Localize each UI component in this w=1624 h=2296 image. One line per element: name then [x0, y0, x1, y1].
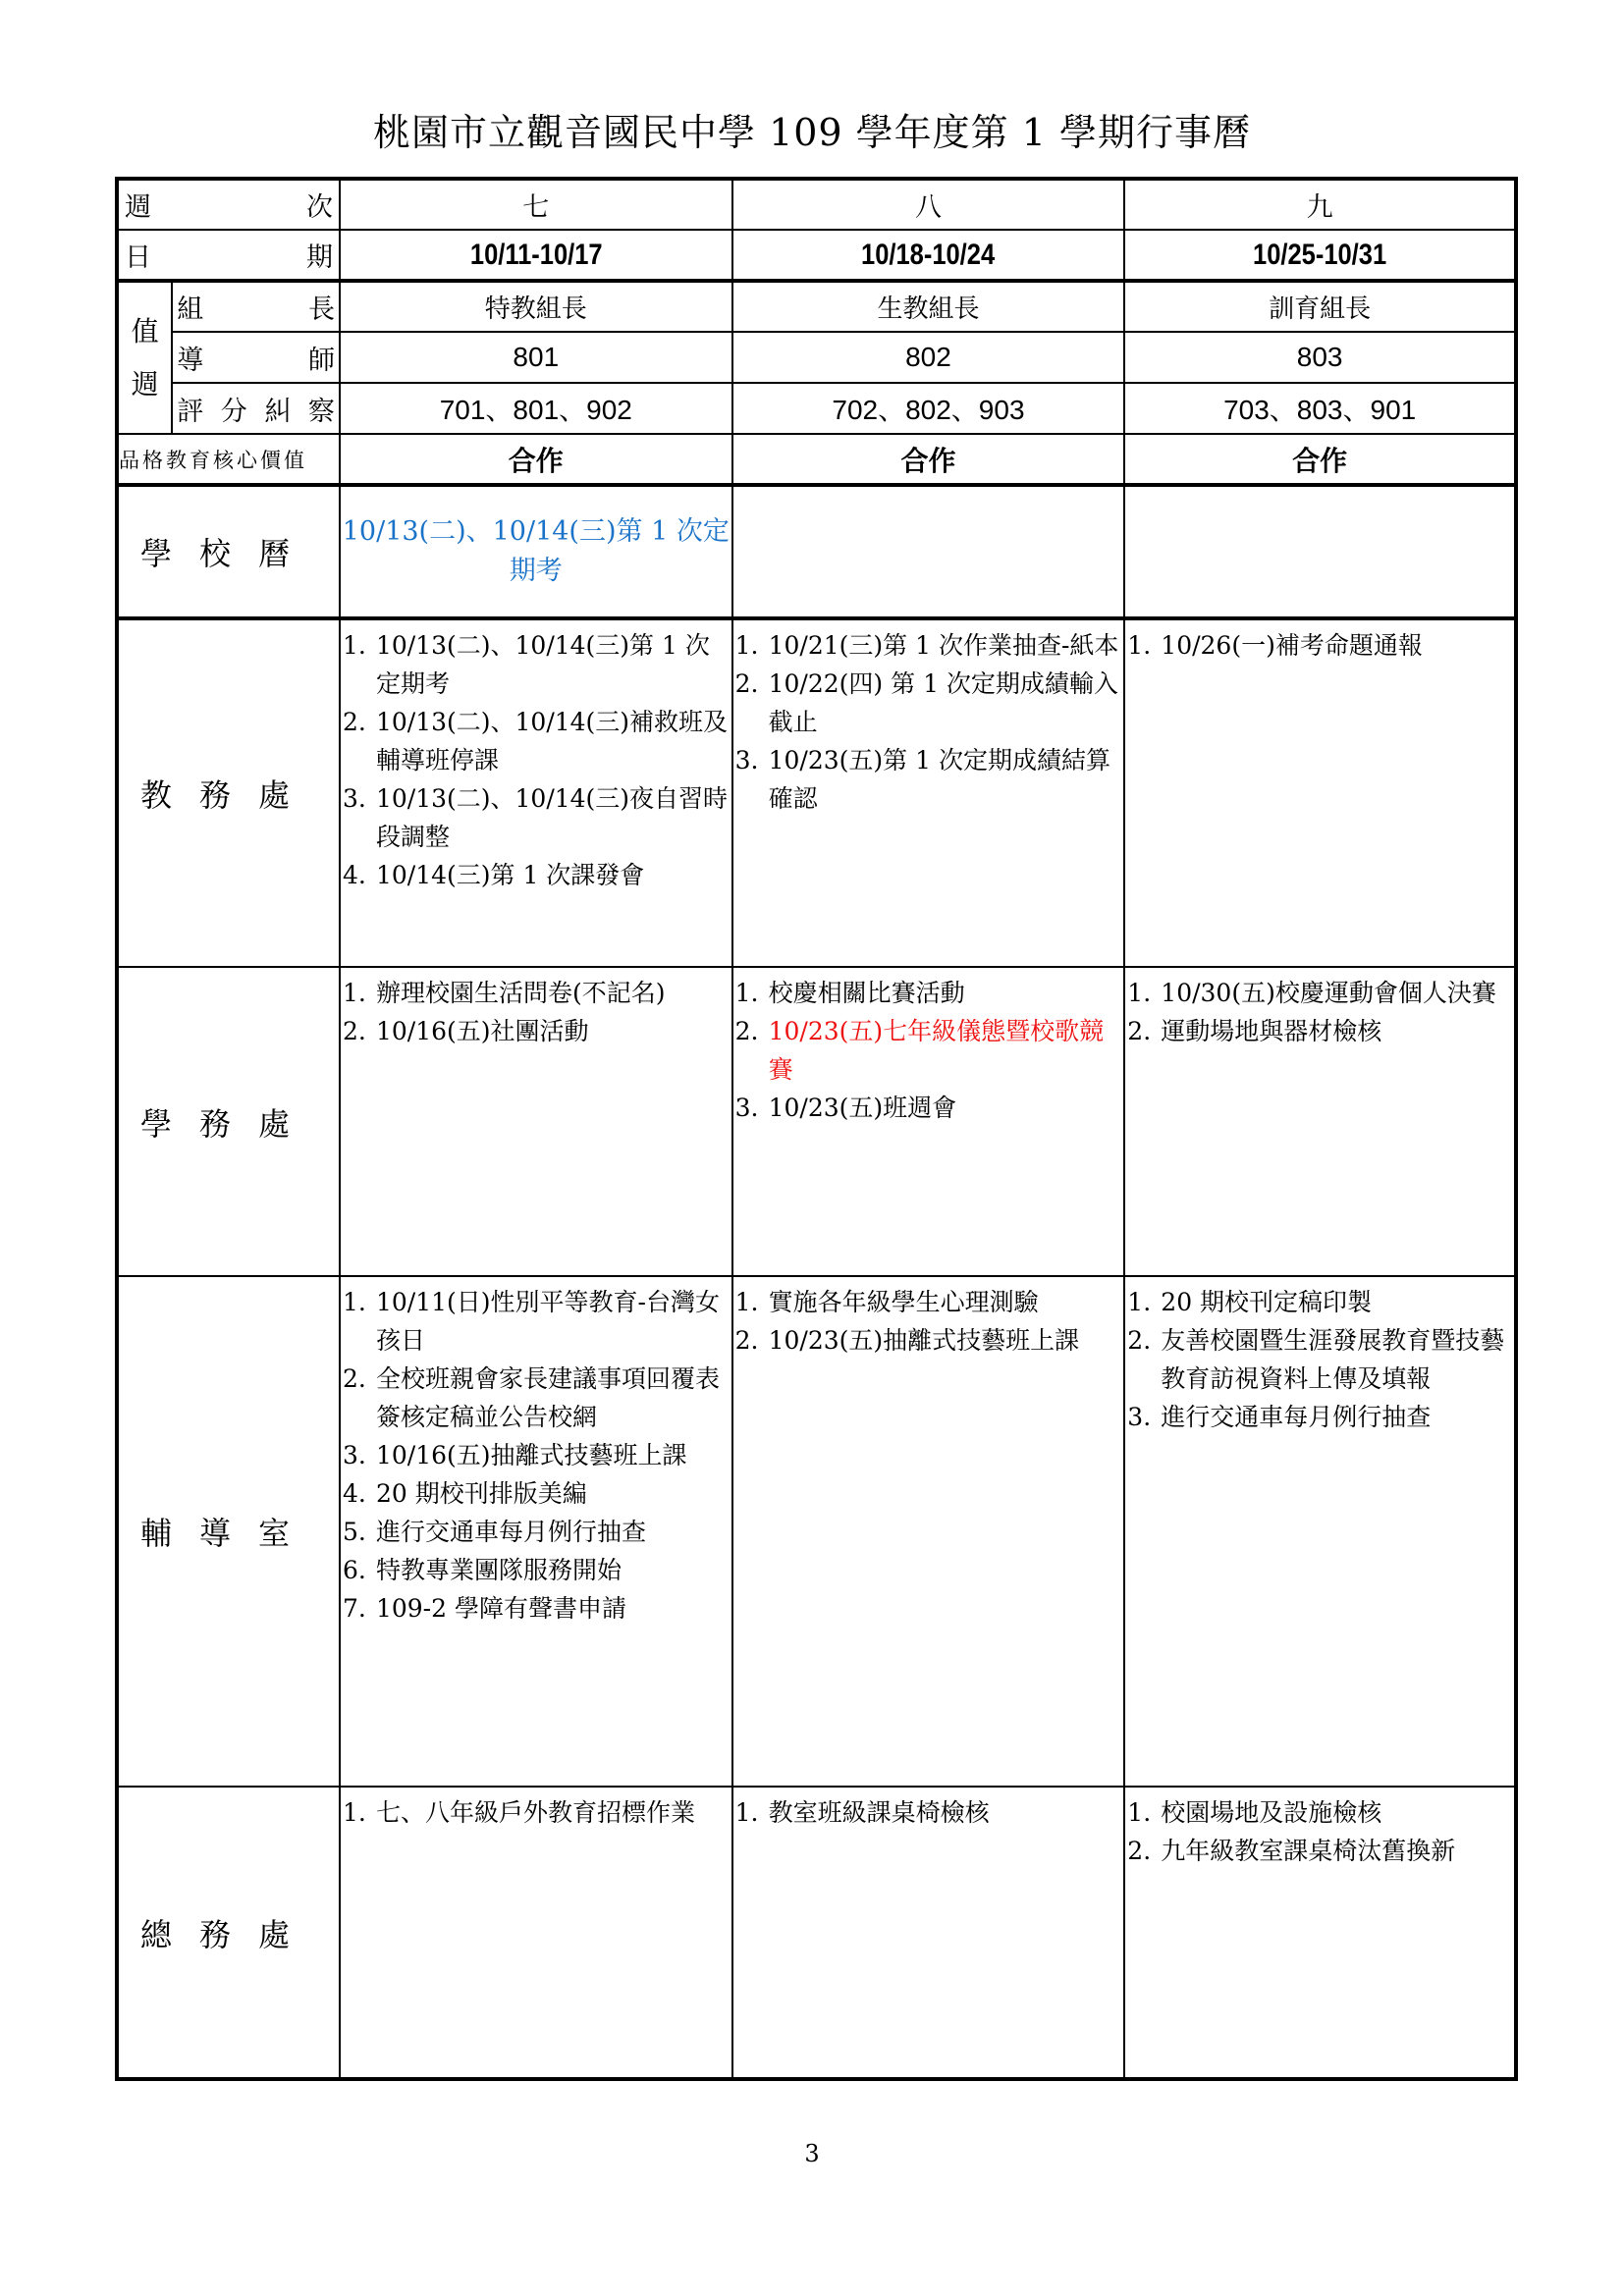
student-affairs-label: 學務處 — [117, 967, 340, 1276]
calendar-table: 週 次 七 八 九 日 期 10/11-10/17 10/18-10/24 10… — [115, 177, 1518, 2081]
inspection-label-char: 糾 — [264, 390, 291, 428]
page-number: 3 — [0, 2140, 1624, 2167]
academic-affairs-cell: 1.10/21(三)第 1 次作業抽查-紙本 2.10/22(四) 第 1 次定… — [732, 618, 1125, 967]
academic-affairs-label: 教務處 — [117, 618, 340, 967]
duty-mentor-row: 導 師 801 802 803 — [117, 332, 1516, 383]
counseling-label: 輔導室 — [117, 1276, 340, 1787]
counseling-cell: 1.10/11(日)性別平等教育-台灣女孩日 2.全校班親會家長建議事項回覆表簽… — [340, 1276, 732, 1787]
list-item: 2.10/23(五)抽離式技藝班上課 — [735, 1321, 1122, 1360]
list-item: 3.10/23(五)第 1 次定期成績結算確認 — [735, 741, 1122, 818]
duty-label-char: 值 — [119, 305, 171, 358]
list-item: 1.七、八年級戶外教育招標作業 — [343, 1793, 730, 1832]
virtue-row: 品格教育核心價值 合作 合作 合作 — [117, 434, 1516, 485]
list-item: 2.友善校園暨生涯發展教育暨技藝教育訪視資料上傳及填報 — [1127, 1321, 1512, 1398]
list-item: 6.特教專業團隊服務開始 — [343, 1551, 730, 1589]
date-range: 10/18-10/24 — [861, 239, 995, 272]
student-affairs-cell: 1.辦理校園生活問卷(不記名) 2.10/16(五)社團活動 — [340, 967, 732, 1276]
list-item: 4.10/14(三)第 1 次課發會 — [343, 856, 730, 894]
list-item: 2.10/13(二)、10/14(三)補救班及輔導班停課 — [343, 703, 730, 779]
student-affairs-cell: 1.10/30(五)校慶運動會個人決賽 2.運動場地與器材檢核 — [1124, 967, 1516, 1276]
leader-label-right: 長 — [308, 288, 335, 326]
general-affairs-cell: 1.七、八年級戶外教育招標作業 — [340, 1787, 732, 2079]
date-row: 日 期 10/11-10/17 10/18-10/24 10/25-10/31 — [117, 230, 1516, 281]
duty-label-char: 週 — [119, 358, 171, 411]
duty-mentor-cell: 802 — [732, 332, 1125, 383]
list-item-highlighted: 2.10/23(五)七年級儀態暨校歌競賽 — [735, 1012, 1122, 1089]
week-label-left: 週 — [125, 186, 151, 224]
date-range-cell: 10/18-10/24 — [732, 230, 1125, 281]
date-range: 10/25-10/31 — [1253, 239, 1386, 272]
inspection-label-char: 察 — [308, 390, 335, 428]
list-item: 7.109-2 學障有聲書申請 — [343, 1589, 730, 1628]
week-label-right: 次 — [306, 186, 333, 224]
list-item: 3.10/16(五)抽離式技藝班上課 — [343, 1436, 730, 1474]
duty-label-cell: 值 週 — [117, 281, 172, 434]
duty-inspection-cell: 702、802、903 — [732, 383, 1125, 434]
list-item: 2.10/16(五)社團活動 — [343, 1012, 730, 1050]
school-calendar-cell — [1124, 485, 1516, 618]
academic-affairs-cell: 1.10/13(二)、10/14(三)第 1 次定期考 2.10/13(二)、1… — [340, 618, 732, 967]
mentor-label-right: 師 — [308, 339, 335, 377]
date-range: 10/11-10/17 — [469, 239, 602, 272]
school-calendar-cell — [732, 485, 1125, 618]
date-label-left: 日 — [125, 236, 151, 274]
list-item: 4.20 期校刊排版美編 — [343, 1474, 730, 1513]
date-range-cell: 10/25-10/31 — [1124, 230, 1516, 281]
virtue-cell: 合作 — [732, 434, 1125, 485]
list-item: 1.20 期校刊定稿印製 — [1127, 1283, 1512, 1321]
general-affairs-cell: 1.教室班級課桌椅檢核 — [732, 1787, 1125, 2079]
leader-label-left: 組 — [177, 288, 203, 326]
general-affairs-row: 總務處 1.七、八年級戶外教育招標作業 1.教室班級課桌椅檢核 1.校園場地及設… — [117, 1787, 1516, 2079]
week-label-cell: 週 次 — [117, 179, 340, 230]
list-item: 3.進行交通車每月例行抽查 — [1127, 1398, 1512, 1436]
mentor-label-left: 導 — [177, 339, 203, 377]
inspection-label-char: 分 — [221, 390, 247, 428]
virtue-cell: 合作 — [1124, 434, 1516, 485]
list-item: 1.辦理校園生活問卷(不記名) — [343, 974, 730, 1012]
list-item: 1.10/26(一)補考命題通報 — [1127, 626, 1512, 665]
duty-inspection-cell: 701、801、902 — [340, 383, 732, 434]
virtue-cell: 合作 — [340, 434, 732, 485]
list-item: 1.10/13(二)、10/14(三)第 1 次定期考 — [343, 626, 730, 703]
duty-inspection-cell: 703、803、901 — [1124, 383, 1516, 434]
general-affairs-cell: 1.校園場地及設施檢核 2.九年級教室課桌椅汰舊換新 — [1124, 1787, 1516, 2079]
duty-leader-cell: 訓育組長 — [1124, 281, 1516, 332]
list-item: 2.全校班親會家長建議事項回覆表簽核定稿並公告校網 — [343, 1360, 730, 1436]
inspection-label-char: 評 — [177, 390, 203, 428]
duty-mentor-cell: 803 — [1124, 332, 1516, 383]
duty-inspection-row: 評 分 糾 察 701、801、902 702、802、903 703、803、… — [117, 383, 1516, 434]
list-item: 1.校園場地及設施檢核 — [1127, 1793, 1512, 1832]
week-number-cell: 九 — [1124, 179, 1516, 230]
leader-label-cell: 組 長 — [172, 281, 340, 332]
date-label-right: 期 — [306, 236, 333, 274]
list-item: 1.教室班級課桌椅檢核 — [735, 1793, 1122, 1832]
list-item: 1.10/11(日)性別平等教育-台灣女孩日 — [343, 1283, 730, 1360]
student-affairs-row: 學務處 1.辦理校園生活問卷(不記名) 2.10/16(五)社團活動 1.校慶相… — [117, 967, 1516, 1276]
general-affairs-label: 總務處 — [117, 1787, 340, 2079]
academic-affairs-row: 教務處 1.10/13(二)、10/14(三)第 1 次定期考 2.10/13(… — [117, 618, 1516, 967]
week-row: 週 次 七 八 九 — [117, 179, 1516, 230]
list-item: 1.實施各年級學生心理測驗 — [735, 1283, 1122, 1321]
list-item: 1.10/21(三)第 1 次作業抽查-紙本 — [735, 626, 1122, 665]
school-calendar-row: 學校曆 10/13(二)、10/14(三)第 1 次定期考 — [117, 485, 1516, 618]
school-calendar-cell: 10/13(二)、10/14(三)第 1 次定期考 — [340, 485, 732, 618]
document-title: 桃園市立觀音國民中學 109 學年度第 1 學期行事曆 — [0, 102, 1624, 156]
list-item: 5.進行交通車每月例行抽查 — [343, 1513, 730, 1551]
week-number-cell: 七 — [340, 179, 732, 230]
school-calendar-label: 學校曆 — [117, 485, 340, 618]
mentor-label-cell: 導 師 — [172, 332, 340, 383]
list-item: 1.校慶相關比賽活動 — [735, 974, 1122, 1012]
list-item: 1.10/30(五)校慶運動會個人決賽 — [1127, 974, 1512, 1012]
list-item: 3.10/13(二)、10/14(三)夜自習時段調整 — [343, 779, 730, 856]
week-number-cell: 八 — [732, 179, 1125, 230]
duty-leader-cell: 特教組長 — [340, 281, 732, 332]
inspection-label-cell: 評 分 糾 察 — [172, 383, 340, 434]
duty-mentor-cell: 801 — [340, 332, 732, 383]
counseling-cell: 1.20 期校刊定稿印製 2.友善校園暨生涯發展教育暨技藝教育訪視資料上傳及填報… — [1124, 1276, 1516, 1787]
date-range-cell: 10/11-10/17 — [340, 230, 732, 281]
student-affairs-cell: 1.校慶相關比賽活動 2.10/23(五)七年級儀態暨校歌競賽 3.10/23(… — [732, 967, 1125, 1276]
academic-affairs-cell: 1.10/26(一)補考命題通報 — [1124, 618, 1516, 967]
duty-leader-cell: 生教組長 — [732, 281, 1125, 332]
list-item: 2.九年級教室課桌椅汰舊換新 — [1127, 1832, 1512, 1870]
list-item: 2.運動場地與器材檢核 — [1127, 1012, 1512, 1050]
list-item: 3.10/23(五)班週會 — [735, 1089, 1122, 1127]
virtue-label: 品格教育核心價值 — [117, 434, 340, 485]
duty-leader-row: 值 週 組 長 特教組長 生教組長 訓育組長 — [117, 281, 1516, 332]
counseling-cell: 1.實施各年級學生心理測驗 2.10/23(五)抽離式技藝班上課 — [732, 1276, 1125, 1787]
counseling-row: 輔導室 1.10/11(日)性別平等教育-台灣女孩日 2.全校班親會家長建議事項… — [117, 1276, 1516, 1787]
list-item: 2.10/22(四) 第 1 次定期成績輸入截止 — [735, 665, 1122, 741]
date-label-cell: 日 期 — [117, 230, 340, 281]
